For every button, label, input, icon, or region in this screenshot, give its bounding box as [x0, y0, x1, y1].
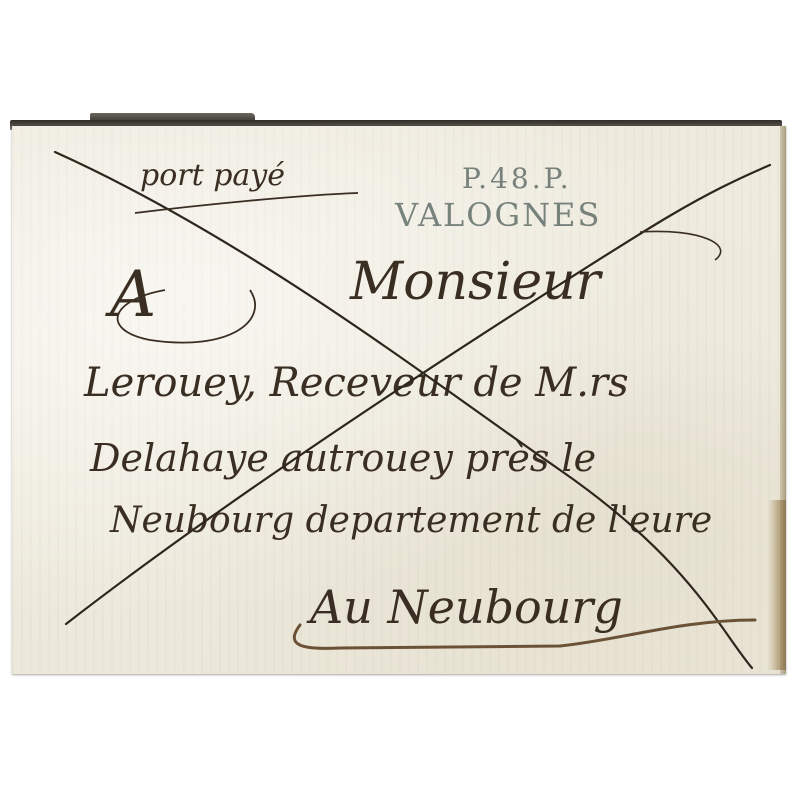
port-paye-annotation: port payé	[140, 158, 285, 193]
postmark-town: VALOGNES	[395, 196, 601, 234]
photo-stage: P.48.P. VALOGNES port payé A Monsieur Le…	[0, 0, 800, 800]
address-line-5: Au Neubourg	[310, 580, 623, 634]
postmark-number: P.48.P.	[462, 162, 572, 195]
letter-stain	[768, 500, 786, 670]
address-salutation-monsieur: Monsieur	[350, 252, 600, 312]
address-line-2: Lerouey, Receveur de M.rs	[84, 360, 629, 406]
address-line-4: Neubourg departement de l'eure	[110, 500, 712, 541]
address-line-3: Delahaye autrouey près le	[90, 436, 596, 480]
address-salutation-a: A	[110, 258, 156, 332]
